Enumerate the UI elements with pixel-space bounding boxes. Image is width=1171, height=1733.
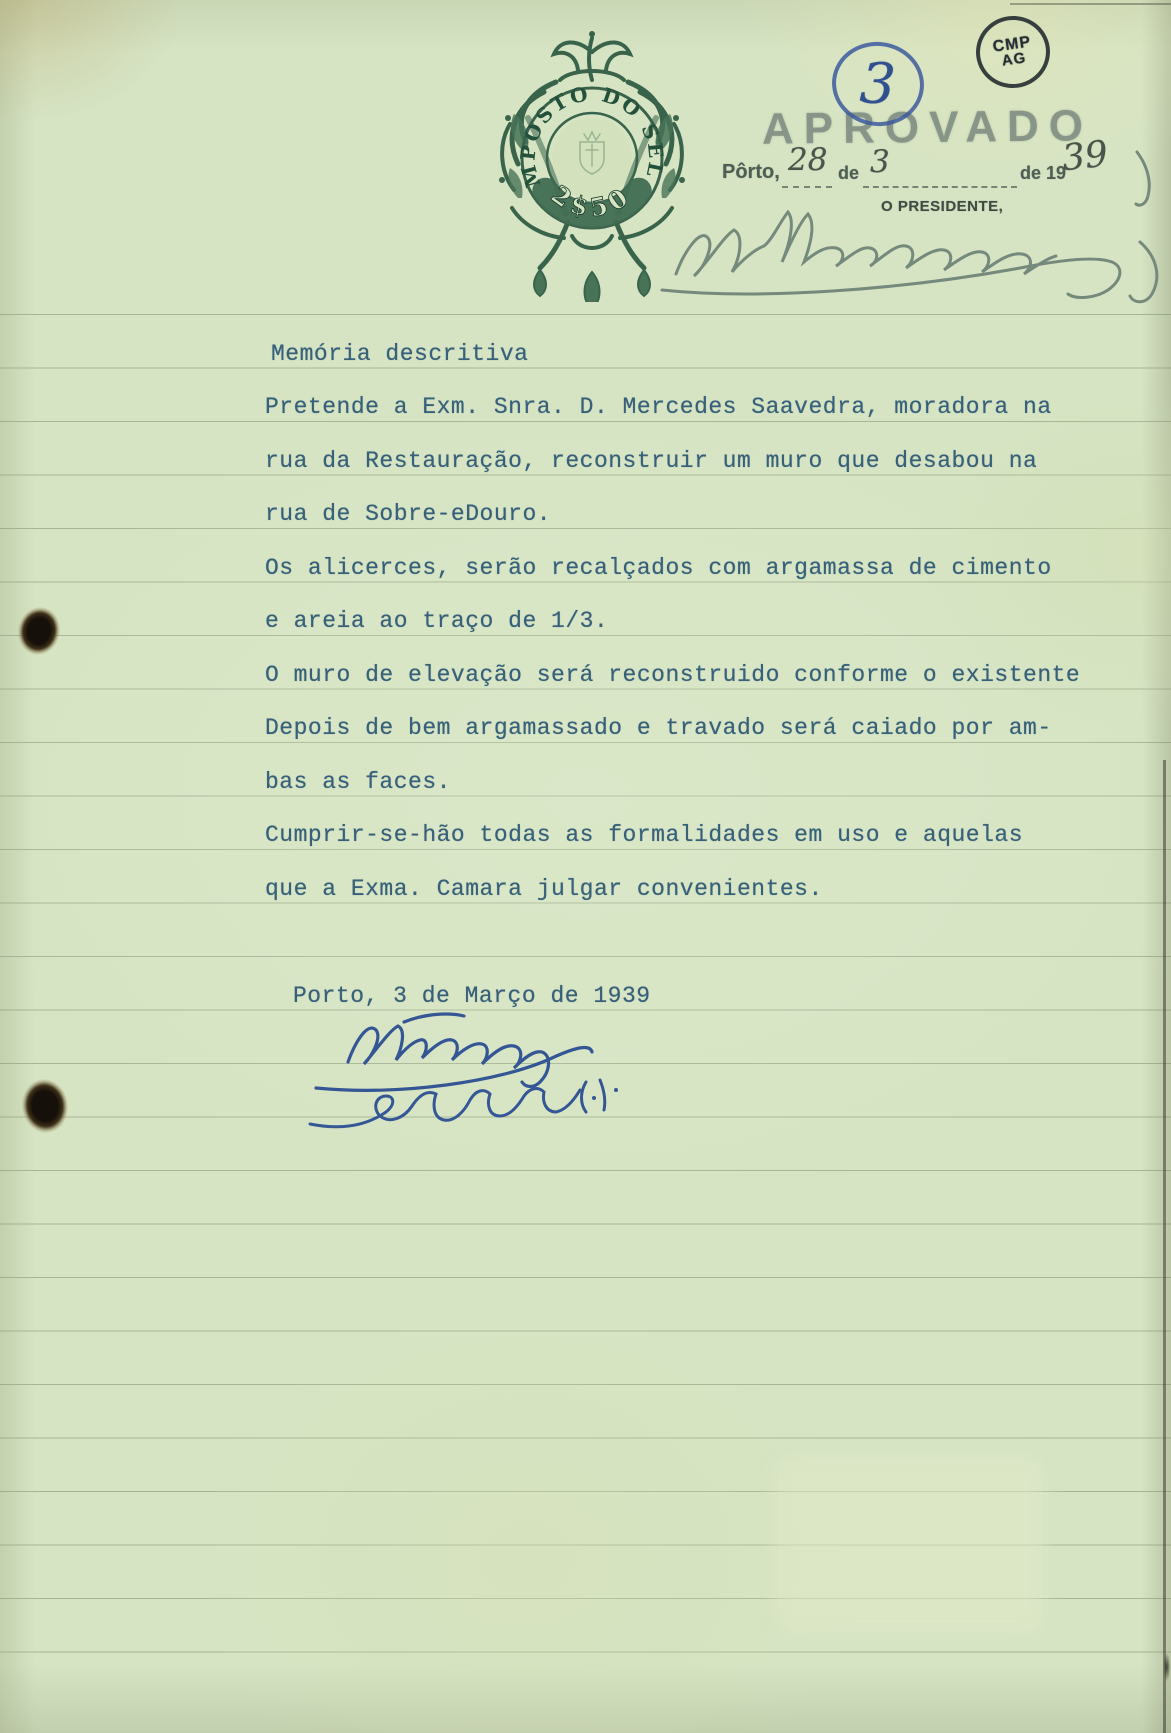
approval-stamp-day-handwritten: 28 xyxy=(788,142,827,178)
body-line: O muro de elevação será reconstruido con… xyxy=(265,662,1080,689)
document-dateline: Porto, 3 de Março de 1939 xyxy=(293,983,651,1010)
approval-stamp-year-printed: de 19 xyxy=(1020,163,1066,184)
registry-stamp: CMP AG xyxy=(971,11,1054,93)
approval-stamp-month-line xyxy=(863,186,1017,188)
scan-edge-notch xyxy=(1150,1650,1171,1684)
document-title: Memória descritiva xyxy=(271,341,528,368)
document-page: IMPOSTO DO SELO 2$50 3 CMP AG APROVADO P… xyxy=(0,0,1171,1733)
approval-stamp-month-handwritten: 3 xyxy=(870,144,890,180)
approval-stamp-day-line xyxy=(782,186,832,188)
page-number-value: 3 xyxy=(858,51,897,118)
registry-stamp-line2: AG xyxy=(1001,50,1027,68)
body-line: e areia ao traço de 1/3. xyxy=(265,608,608,635)
seal-plume-icon xyxy=(554,31,630,80)
scan-edge-right xyxy=(1163,760,1166,1733)
body-line: Cumprir-se-hão todas as formalidades em … xyxy=(265,822,1023,849)
body-line: rua de Sobre-eDouro. xyxy=(265,501,551,528)
approval-stamp-year-handwritten: 39 xyxy=(1060,134,1110,180)
body-line: bas as faces. xyxy=(265,769,451,796)
body-line: Os alicerces, serão recalçados com argam… xyxy=(265,555,1052,582)
ink-bleed-patch xyxy=(775,1455,1045,1635)
body-line: Depois de bem argamassado e travado será… xyxy=(265,715,1052,742)
body-line: Pretende a Exm. Snra. D. Mercedes Saaved… xyxy=(265,394,1052,421)
approval-stamp-president-label: O PRESIDENTE, xyxy=(881,198,1003,215)
body-line: rua da Restauração, reconstruir um muro … xyxy=(265,448,1037,475)
scan-edge-top xyxy=(1010,3,1171,5)
revenue-seal: IMPOSTO DO SELO 2$50 xyxy=(468,22,718,302)
approval-stamp-city-label: Pôrto, xyxy=(722,161,780,184)
approval-stamp-separator: de xyxy=(838,163,859,184)
body-line: que a Exma. Camara julgar convenientes. xyxy=(265,876,823,903)
